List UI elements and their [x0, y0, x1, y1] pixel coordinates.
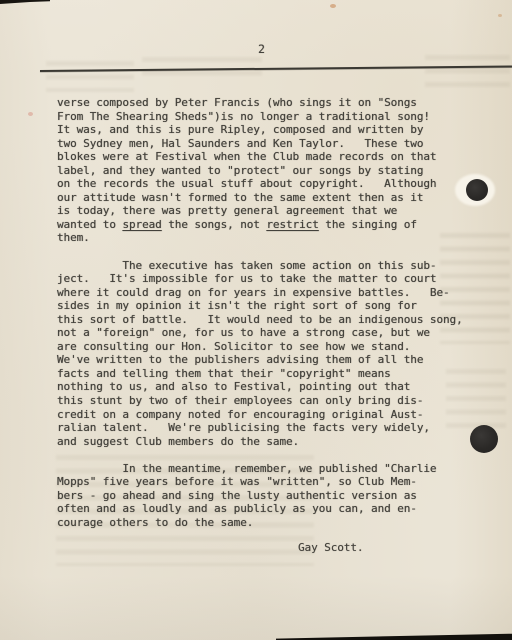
scan-edge-bottom-right — [276, 633, 512, 640]
bleedthrough-ghost — [425, 48, 510, 92]
text-line: ralian talent. We're publicising the fac… — [57, 421, 463, 435]
text-line: where it could drag on for years in expe… — [57, 286, 463, 300]
text-line: blokes were at Festival when the Club ma… — [57, 150, 463, 164]
page-number: 2 — [258, 42, 265, 56]
text-line: is today, there was pretty general agree… — [57, 204, 463, 218]
text-line: wanted to spread the songs, not restrict… — [57, 218, 463, 232]
paper-speck — [498, 14, 502, 17]
hole-punch-top — [466, 179, 488, 201]
text-line: often and as loudly and as publicly as y… — [57, 502, 463, 516]
text-line: are consulting our Hon. Solicitor to see… — [57, 340, 463, 354]
text-line: It was, and this is pure Ripley, compose… — [57, 123, 463, 137]
header-rule — [40, 65, 512, 72]
signature: Gay Scott. — [298, 541, 363, 554]
text-line: not a "foreign" one, for us to have a st… — [57, 326, 463, 340]
hole-punch-bottom — [470, 425, 498, 453]
text-line: We've written to the publishers advising… — [57, 353, 463, 367]
text-line: credit on a company noted for encouragin… — [57, 408, 463, 422]
text-line: In the meantime, remember, we published … — [57, 462, 463, 476]
text-line: From The Shearing Sheds")is no longer a … — [57, 110, 463, 124]
text-line: verse composed by Peter Francis (who sin… — [57, 96, 463, 110]
text-line: facts and telling them that their "copyr… — [57, 367, 463, 381]
text-line: on the records the usual stuff about cop… — [57, 177, 463, 191]
scanned-page: 2 verse composed by Peter Francis (who s… — [0, 0, 512, 640]
paragraph: The executive has taken some action on t… — [57, 259, 463, 449]
text-line: this sort of battle. It would need to be… — [57, 313, 463, 327]
text-line: nothing to us, and also to Festival, poi… — [57, 380, 463, 394]
text-line: them. — [57, 231, 463, 245]
document-body: verse composed by Peter Francis (who sin… — [57, 96, 463, 543]
underlined-word: spread — [122, 218, 161, 231]
text-line: bers - go ahead and sing the lusty authe… — [57, 489, 463, 503]
bleedthrough-ghost — [46, 54, 134, 92]
paragraph: verse composed by Peter Francis (who sin… — [57, 96, 463, 245]
text-line: and suggest Club members do the same. — [57, 435, 463, 449]
text-line: The executive has taken some action on t… — [57, 259, 463, 273]
text-line: two Sydney men, Hal Saunders and Ken Tay… — [57, 137, 463, 151]
paper-speck — [28, 112, 33, 116]
paragraph: In the meantime, remember, we published … — [57, 462, 463, 530]
bleedthrough-ghost — [142, 50, 262, 78]
text-line: our attitude wasn't formed to the same e… — [57, 191, 463, 205]
text-line: this stunt by two of their employees can… — [57, 394, 463, 408]
scan-edge-top-left — [0, 0, 50, 4]
text-line: sides in my opinion it isn't the right s… — [57, 299, 463, 313]
text-line: label, and they wanted to "protect" our … — [57, 164, 463, 178]
paper-speck — [330, 4, 336, 8]
underlined-word: restrict — [266, 218, 318, 231]
text-line: courage others to do the same. — [57, 516, 463, 530]
text-line: ject. It's impossible for us to take the… — [57, 272, 463, 286]
text-line: Mopps" five years before it was "written… — [57, 475, 463, 489]
